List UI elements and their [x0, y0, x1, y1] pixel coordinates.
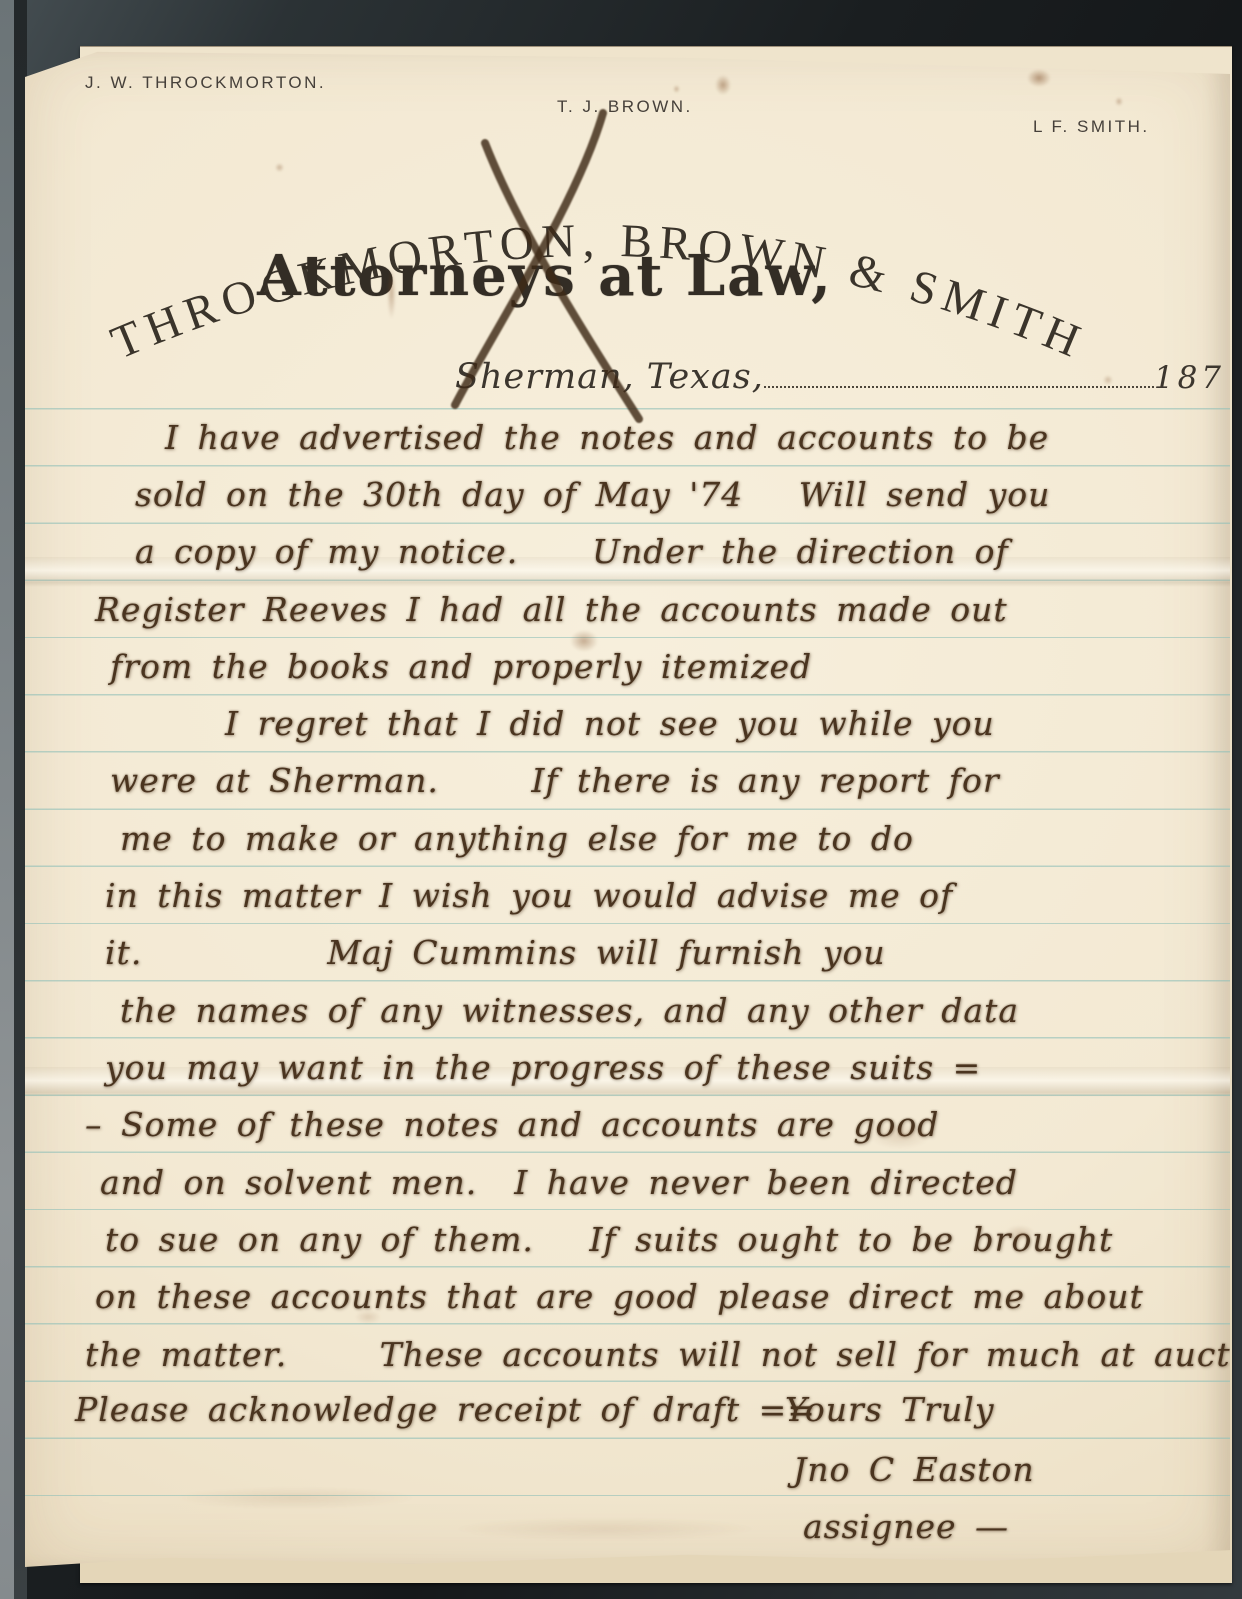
handwriting-line: Please acknowledge receipt of draft ==	[75, 1390, 816, 1429]
attorney-name-left: J. W. THROCKMORTON.	[85, 73, 326, 93]
letter-page: J. W. THROCKMORTON. T. J. BROWN. L F. SM…	[25, 45, 1230, 1570]
handwriting-line: a copy of my notice. Under the direction…	[135, 532, 1009, 571]
handwriting-line: the names of any witnesses, and any othe…	[120, 991, 1019, 1030]
handwriting-line: from the books and properly itemized	[110, 647, 812, 686]
signature-role: assignee —	[803, 1507, 1009, 1546]
signature-name: Jno C Easton	[793, 1450, 1035, 1489]
handwriting-line: sold on the 30th day of May '74 Will sen…	[135, 475, 1050, 514]
handwriting-line: and on solvent men. I have never been di…	[100, 1163, 1018, 1202]
handwriting-line: I have advertised the notes and accounts…	[165, 418, 1049, 457]
handwriting-line: I regret that I did not see you while yo…	[225, 704, 995, 743]
handwriting-line: me to make or anything else for me to do	[120, 819, 914, 858]
handwriting-line: it. Maj Cummins will furnish you	[105, 933, 886, 972]
scan-mat-strip	[0, 0, 14, 1599]
handwriting-line: on these accounts that are good please d…	[95, 1277, 1144, 1316]
signature-closing: Yours Truly	[785, 1390, 994, 1429]
handwriting-line: you may want in the progress of these su…	[105, 1048, 981, 1087]
stain	[1027, 69, 1051, 87]
handwriting-line: were at Sherman. If there is any report …	[110, 761, 1000, 800]
x-mark-ink	[425, 85, 745, 475]
dateline-dotted-rule	[764, 368, 1154, 388]
handwriting-line: Register Reeves I had all the accounts m…	[95, 590, 1008, 629]
handwriting-line: – Some of these notes and accounts are g…	[85, 1105, 939, 1144]
stain	[455, 1517, 755, 1541]
handwriting-line: to sue on any of them. If suits ought to…	[105, 1220, 1113, 1259]
handwriting-line: the matter. These accounts will not sell…	[85, 1335, 1242, 1374]
handwriting-line: in this matter I wish you would advise m…	[105, 876, 953, 915]
scanned-letter-photo: J. W. THROCKMORTON. T. J. BROWN. L F. SM…	[0, 0, 1242, 1599]
stain	[175, 1487, 415, 1509]
dateline-year: 187	[1154, 360, 1225, 396]
